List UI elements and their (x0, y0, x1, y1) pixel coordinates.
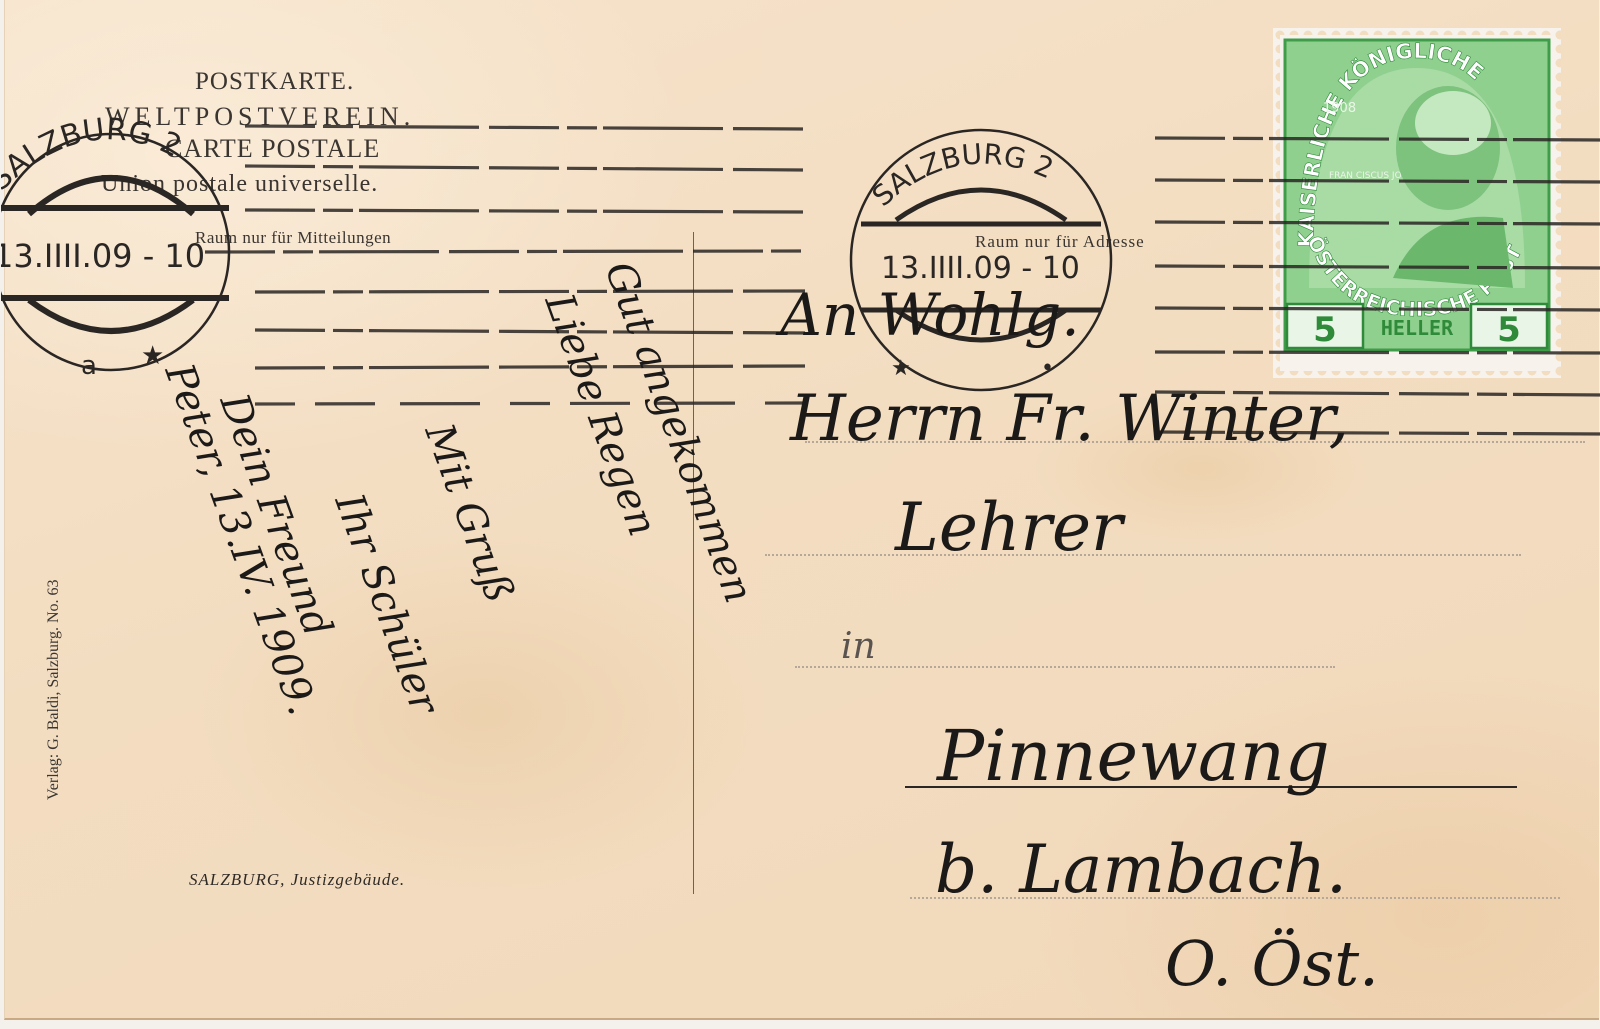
message-line-1: Gut angekommen (596, 256, 762, 609)
center-divider (693, 232, 694, 894)
postcard-back: POSTKARTE. WELTPOSTVEREIN. CARTE POSTALE… (4, 0, 1599, 1020)
address-line-1: An Wohlg. (775, 281, 1080, 349)
postmark-right-city: SALZBURG 2 (866, 137, 1058, 213)
image-caption: SALZBURG, Justizgebäude. (189, 870, 405, 890)
stamp-value-left: 5 (1313, 310, 1337, 350)
message-line-3: Mit Gruß (415, 417, 522, 609)
address-line-2: Herrn Fr. Winter, (789, 382, 1349, 456)
message-line-5: Dein Freund (210, 387, 341, 643)
postmark-right: SALZBURG 2 13.IIII.09 - 10 ★ • (821, 120, 1141, 410)
publisher-imprint: Verlag: G. Baldi, Salzburg. No. 63 (45, 579, 63, 800)
stamp-year: 1908 (1323, 101, 1356, 116)
address-guide-line (765, 554, 1521, 556)
stamp-currency: HELLER (1381, 316, 1454, 340)
header-weltpostverein: WELTPOSTVEREIN. (105, 102, 415, 132)
address-line-7: O. Öst. (1165, 927, 1379, 1000)
header-union-postale: Union postale universelle. (101, 171, 378, 198)
postmark-right-date: 13.IIII.09 - 10 (881, 251, 1080, 286)
svg-text:SALZBURG 2: SALZBURG 2 (866, 137, 1058, 213)
address-guide-line (795, 666, 1335, 668)
postmark-left-code: a (81, 351, 97, 381)
address-guide-line (910, 897, 1560, 899)
svg-text:★: ★ (141, 341, 164, 371)
postmark-left-date: 13.IIII.09 - 10 (1, 237, 205, 275)
postcard-title: POSTKARTE. (195, 68, 354, 96)
header-carte-postale: CARTE POSTALE (165, 134, 380, 164)
message-line-4: Ihr Schüler (325, 487, 448, 723)
address-underline (905, 786, 1517, 788)
address-area-label: Raum nur für Adresse (975, 232, 1145, 252)
message-line-6: Peter, 13.IV. 1909. (155, 357, 325, 721)
stamp-value-right: 5 (1497, 310, 1521, 350)
svg-text:★: ★ (891, 356, 911, 381)
address-line-4: in (841, 626, 876, 667)
message-line-2: Liebe Regen (535, 287, 665, 542)
address-line-5: Pinnewang (935, 715, 1330, 797)
svg-text:•: • (1041, 356, 1054, 381)
address-guide-line (805, 441, 1585, 443)
message-area-label: Raum nur für Mitteilungen (195, 228, 391, 248)
postage-stamp: KAISERLICHE KÖNIGLICHE ÖSTERREICHISCHE P… (1273, 28, 1561, 378)
